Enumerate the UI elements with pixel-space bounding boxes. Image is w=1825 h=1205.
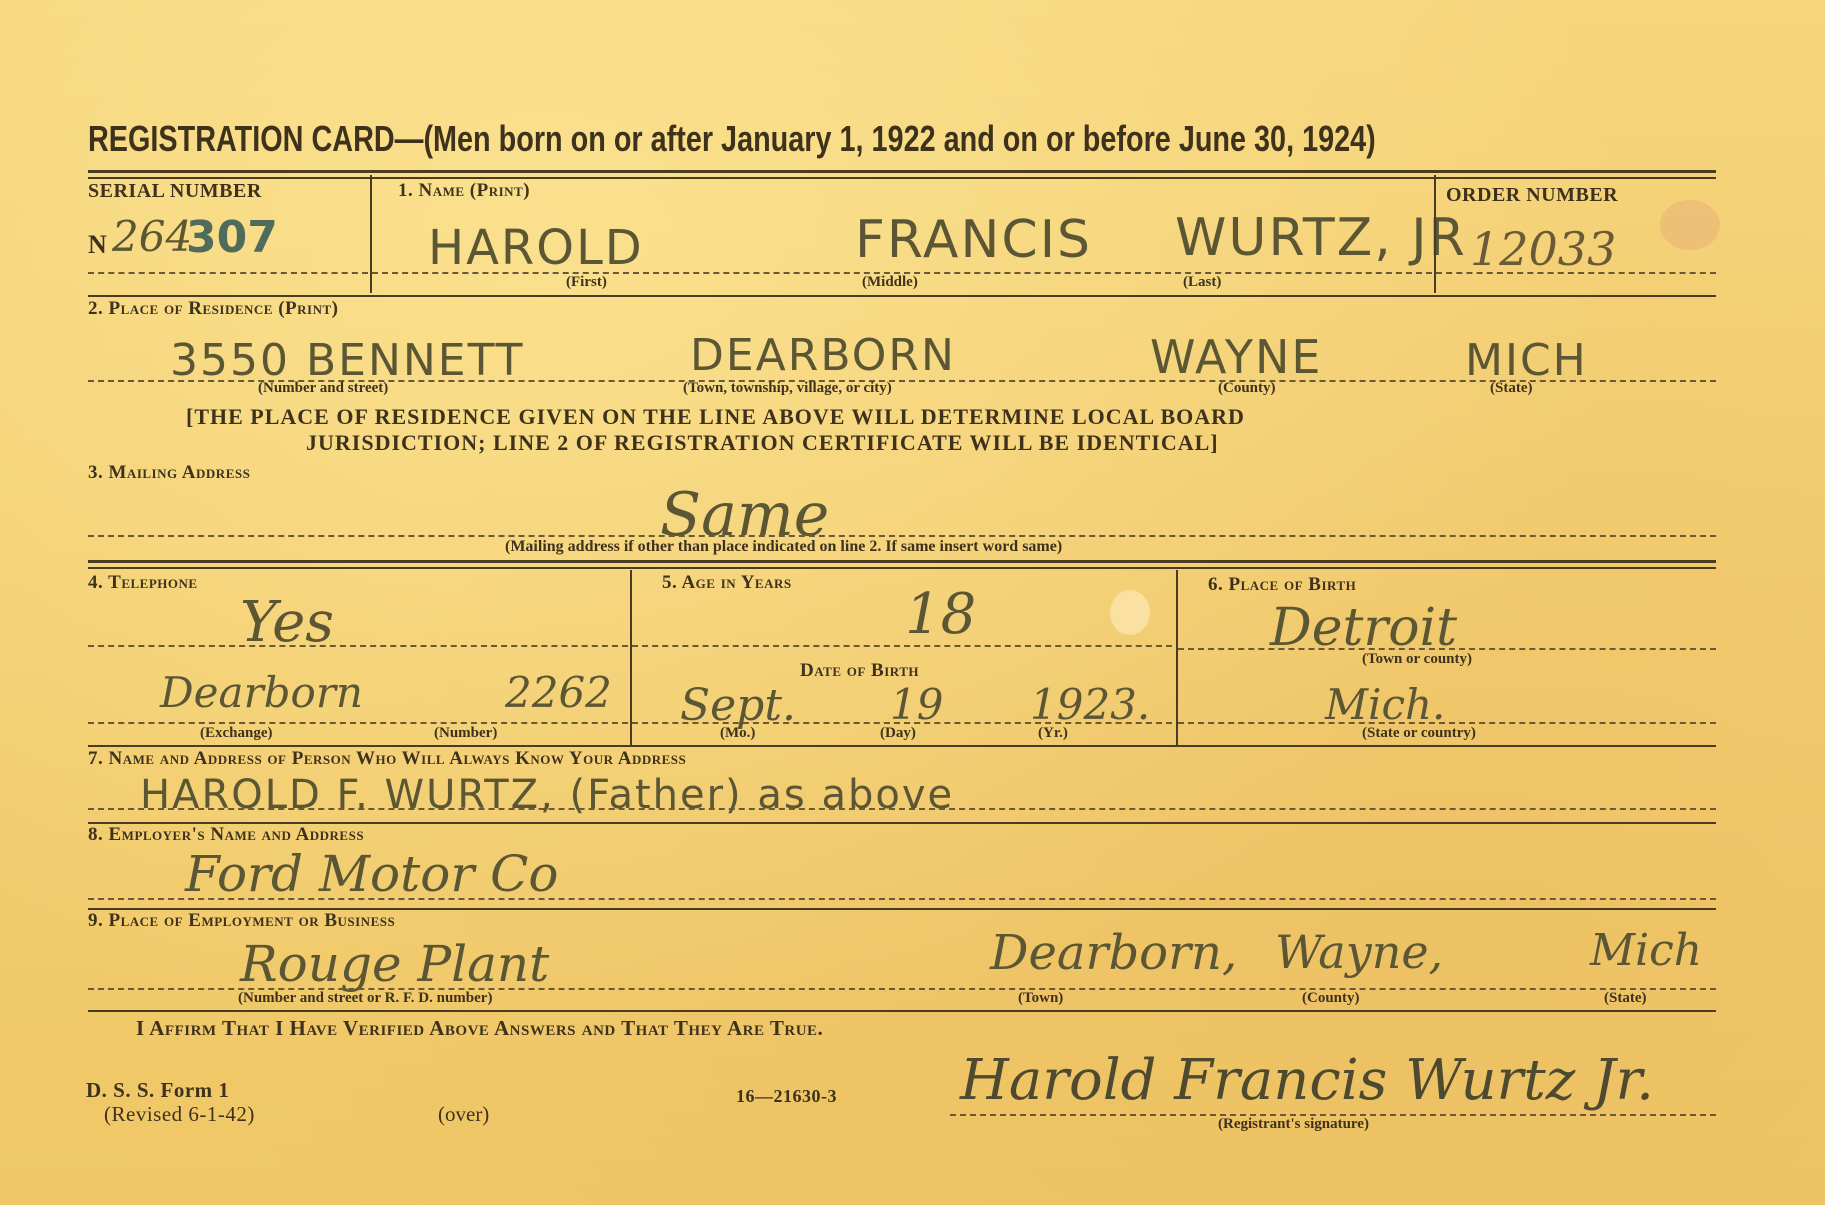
mailing-label: 3. Mailing Address [88,462,250,484]
employer-underline [88,898,1716,900]
name-last: WURTZ, JR [1175,208,1467,268]
employment-county-caption: (County) [1302,990,1360,1007]
registrant-signature: Harold Francis Wurtz Jr. [960,1048,1654,1113]
age-value: 18 [905,582,976,647]
age-label: 5. Age in Years [662,572,792,594]
employment-town-caption: (Town) [1018,990,1063,1007]
employment-state-caption: (State) [1604,990,1646,1007]
affirmation-text: I Affirm That I Have Verified Above Answ… [136,1016,823,1041]
telephone-label: 4. Telephone [88,572,198,594]
registration-card: REGISTRATION CARD—(Men born on or after … [0,0,1825,1205]
over-note: (over) [438,1102,489,1127]
serial-number-handwritten: 264 [112,212,192,261]
birthplace-state-caption: (State or country) [1362,725,1476,742]
dob-label: Date of Birth [800,660,919,682]
age-underline [632,645,1172,647]
card-title: REGISTRATION CARD—(Men born on or after … [88,118,1376,160]
row456-divider [88,745,1716,747]
red-stain [1660,200,1720,250]
order-number-value: 12033 [1470,222,1616,276]
residence-street: 3550 BENNETT [170,335,525,386]
col56-divider [1176,570,1178,745]
exchange-caption: (Exchange) [200,725,273,742]
state-caption: (State) [1490,380,1532,397]
birthplace-state-underline [1178,722,1716,724]
contact-person-label: 7. Name and Address of Person Who Will A… [88,748,686,770]
jurisdiction-notice-line2: JURISDICTION; LINE 2 OF REGISTRATION CER… [306,430,1219,456]
contact-underline [88,808,1716,810]
signature-caption: (Registrant's signature) [1218,1116,1369,1133]
title-divider [88,170,1716,173]
day-caption: (Day) [880,725,916,742]
employer-value: Ford Motor Co [185,845,559,903]
name-middle: FRANCIS [855,210,1092,270]
employer-label: 8. Employer's Name and Address [88,824,364,846]
mailing-underline [88,535,1716,537]
residence-label: 2. Place of Residence (Print) [88,298,338,320]
employment-street: Rouge Plant [240,935,549,993]
form-id: D. S. S. Form 1 [86,1078,229,1103]
telephone-exchange: Dearborn [160,668,363,717]
exchange-underline [88,722,628,724]
serial-underline [88,272,368,274]
employment-county: Wayne, [1275,925,1443,979]
print-code: 16—21630-3 [736,1086,837,1107]
serial-prefix: N [88,230,107,260]
serial-number-stamped: 307 [186,212,278,263]
birthplace-town-underline [1178,648,1716,650]
row9-divider [88,1010,1716,1012]
month-caption: (Mo.) [720,725,755,742]
birthplace-label: 6. Place of Birth [1208,574,1356,596]
serial-divider [370,175,372,293]
order-divider [1434,175,1436,293]
telephone-number: 2262 [505,668,612,717]
employment-state: Mich [1590,925,1702,976]
year-caption: (Yr.) [1038,725,1068,742]
name-label: 1. Name (Print) [398,180,530,202]
street-caption: (Number and street) [258,380,388,397]
paper-spot [1110,590,1150,635]
form-revision: (Revised 6-1-42) [104,1102,255,1127]
first-caption: (First) [566,274,607,291]
number-caption: (Number) [434,725,497,742]
row3-divider [88,560,1716,563]
county-caption: (County) [1218,380,1276,397]
town-caption: (Town, township, village, or city) [683,380,892,397]
jurisdiction-notice-line1: [THE PLACE OF RESIDENCE GIVEN ON THE LIN… [186,404,1245,430]
employment-place-label: 9. Place of Employment or Business [88,910,395,932]
order-underline [1436,272,1716,274]
row1-divider [88,295,1716,297]
serial-number-label: SERIAL NUMBER [88,180,262,203]
dob-underline [632,722,1172,724]
telephone-underline [88,645,628,647]
mailing-caption: (Mailing address if other than place ind… [505,538,1062,556]
contact-person-value: HAROLD F. WURTZ, (Father) as above [140,772,954,818]
employment-town: Dearborn, [990,925,1237,981]
col45-divider [630,570,632,745]
middle-caption: (Middle) [862,274,918,291]
residence-town: DEARBORN [690,330,956,381]
employment-street-caption: (Number and street or R. F. D. number) [238,990,492,1007]
birthplace-town-caption: (Town or county) [1362,651,1472,668]
residence-county: WAYNE [1150,330,1322,384]
residence-state: MICH [1465,335,1588,386]
last-caption: (Last) [1183,274,1221,291]
order-number-label: ORDER NUMBER [1446,184,1618,207]
name-first: HAROLD [428,220,644,276]
